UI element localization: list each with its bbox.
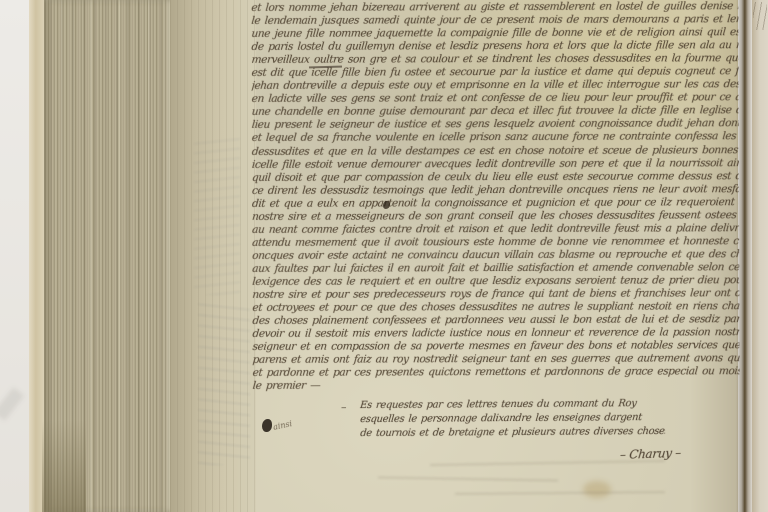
- next-page-script-fragment: [753, 2, 767, 30]
- ink-bleed-ghost: [198, 300, 250, 465]
- clerk-note: Es requestes par ces lettres tenues du c…: [360, 398, 665, 442]
- manuscript-text-line: et lequel de sa franche voulente en icel…: [251, 131, 739, 146]
- parchment-stain: [583, 481, 611, 498]
- marginal-annotation: ainsi: [262, 416, 308, 436]
- backdrop-smudge: [0, 387, 24, 421]
- ink-blot: [262, 419, 272, 432]
- manuscript-main-text: et lors nomme jehan bizereau arriverent …: [251, 0, 739, 394]
- manuscript-photo: et lors nomme jehan bizereau arriverent …: [0, 0, 768, 512]
- note-dash: –: [341, 401, 347, 414]
- manuscript-text-line: ce dirent les dessusdiz tesmoings que le…: [251, 183, 739, 198]
- marginal-word: ainsi: [272, 419, 293, 432]
- manuscript-text-line: icelle fille estoit venue demourer avecq…: [251, 157, 739, 172]
- clerk-note-line: de tournois et de bretaigne et plusieurs…: [359, 426, 665, 442]
- ink-bleed-ghost: [194, 135, 240, 295]
- manuscript-text-line: quil disoit et que par compassion de ceu…: [251, 170, 739, 185]
- page-stack-shadow: [42, 420, 86, 512]
- binding-fold-shadow: [736, 0, 752, 512]
- next-page-edge: [752, 0, 768, 512]
- manuscript-text-line: le premier —: [252, 379, 740, 394]
- manuscript-text-line: dit et que a eulx en appartenoit la cong…: [251, 196, 739, 211]
- manuscript-text-line: dessusdites et que en la ville destampes…: [251, 144, 739, 159]
